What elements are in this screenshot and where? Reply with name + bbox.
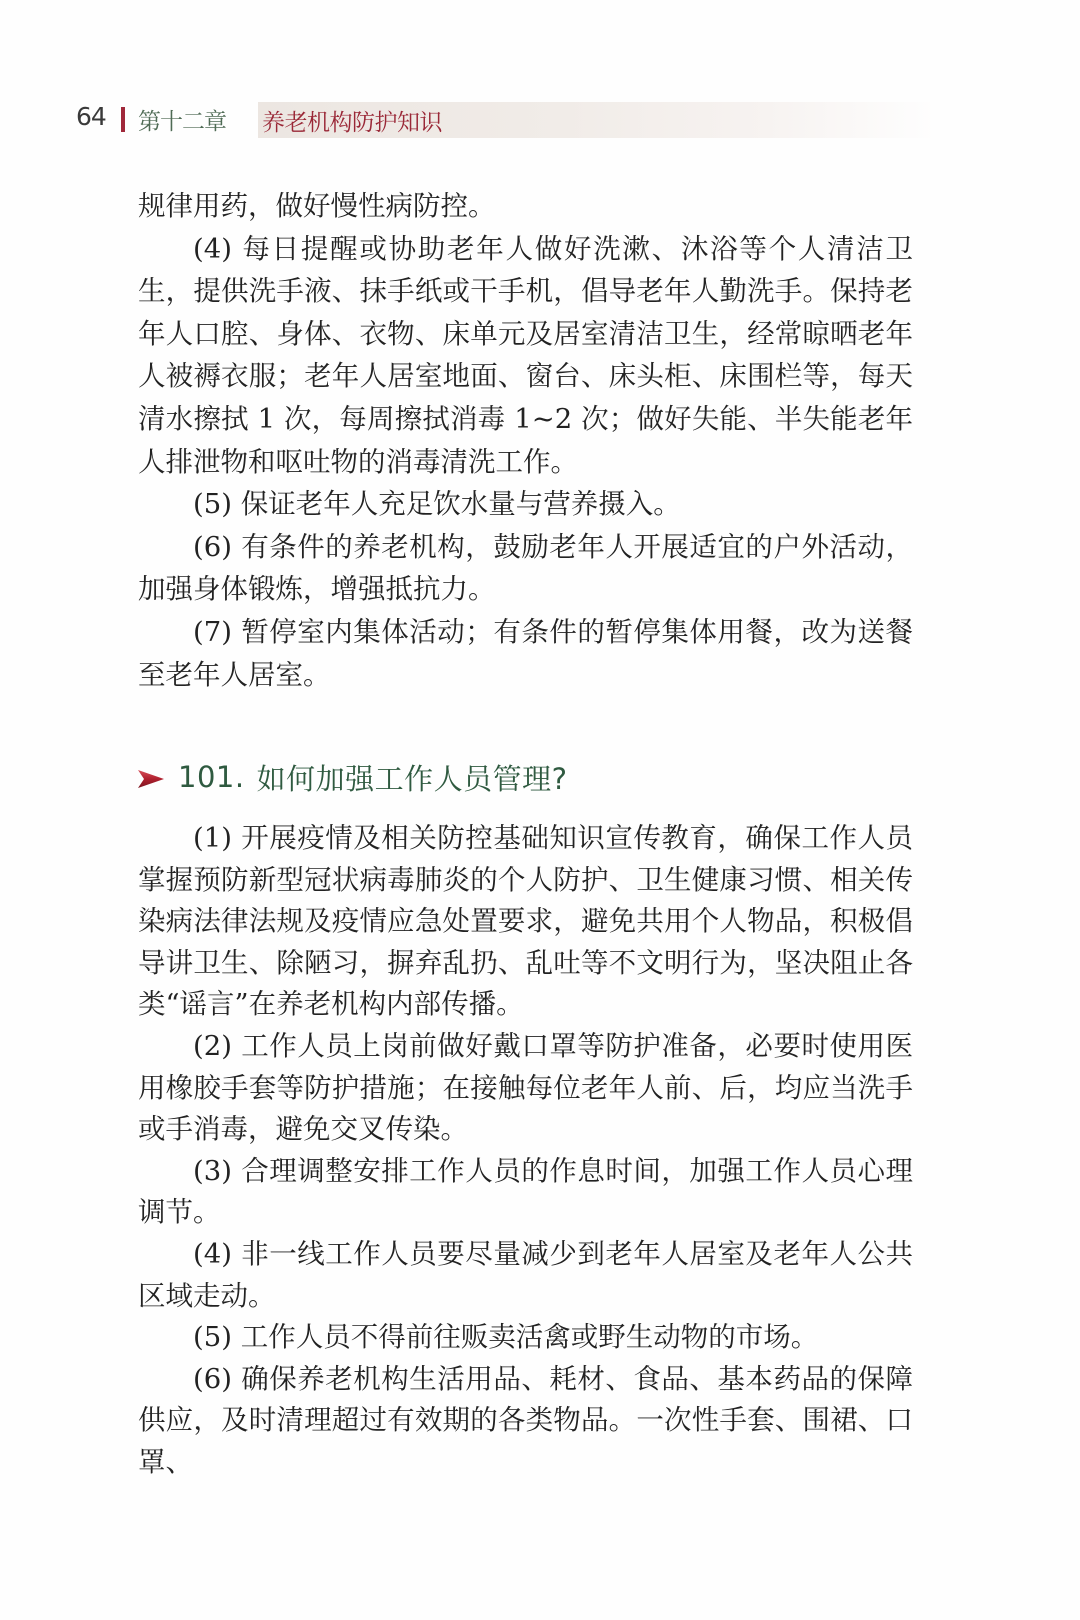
paragraph: (7) 暂停室内集体活动；有条件的暂停集体用餐，改为送餐至老年人居室。 bbox=[138, 611, 913, 696]
question-number: 101. bbox=[178, 760, 245, 794]
section-title: 养老机构防护知识 bbox=[262, 104, 442, 137]
header-separator bbox=[121, 107, 125, 132]
paragraph: (4) 非一线工作人员要尽量减少到老年人居室及老年人公共区域走动。 bbox=[138, 1234, 913, 1317]
arrow-bullet-icon bbox=[138, 770, 164, 788]
paragraph: (6) 有条件的养老机构，鼓励老年人开展适宜的户外活动，加强身体锻炼，增强抵抗力… bbox=[138, 526, 913, 611]
book-page: 64 第十二章 养老机构防护知识 规律用药，做好慢性病防控。 (4) 每日提醒或… bbox=[0, 0, 1080, 1620]
paragraph: (5) 保证老年人充足饮水量与营养摄入。 bbox=[138, 483, 913, 526]
paragraph: (3) 合理调整安排工作人员的作息时间，加强工作人员心理调节。 bbox=[138, 1151, 913, 1234]
chapter-label: 第十二章 bbox=[138, 103, 226, 136]
page-number: 64 bbox=[76, 102, 106, 131]
question-title: 如何加强工作人员管理? bbox=[257, 757, 568, 798]
paragraph: (1) 开展疫情及相关防控基础知识宣传教育，确保工作人员掌握预防新型冠状病毒肺炎… bbox=[138, 818, 913, 1026]
paragraph: (5) 工作人员不得前往贩卖活禽或野生动物的市场。 bbox=[138, 1317, 913, 1359]
paragraph: 规律用药，做好慢性病防控。 bbox=[138, 185, 913, 228]
paragraph: (4) 每日提醒或协助老年人做好洗漱、沐浴等个人清洁卫生，提供洗手液、抹手纸或干… bbox=[138, 228, 913, 484]
body-text-block-1: 规律用药，做好慢性病防控。 (4) 每日提醒或协助老年人做好洗漱、沐浴等个人清洁… bbox=[138, 185, 913, 696]
body-text-block-2: (1) 开展疫情及相关防控基础知识宣传教育，确保工作人员掌握预防新型冠状病毒肺炎… bbox=[138, 818, 913, 1484]
question-heading: 101. 如何加强工作人员管理? bbox=[138, 755, 567, 799]
paragraph: (6) 确保养老机构生活用品、耗材、食品、基本药品的保障供应，及时清理超过有效期… bbox=[138, 1359, 913, 1484]
paragraph: (2) 工作人员上岗前做好戴口罩等防护准备，必要时使用医用橡胶手套等防护措施；在… bbox=[138, 1026, 913, 1151]
running-header: 64 第十二章 养老机构防护知识 bbox=[76, 100, 936, 140]
